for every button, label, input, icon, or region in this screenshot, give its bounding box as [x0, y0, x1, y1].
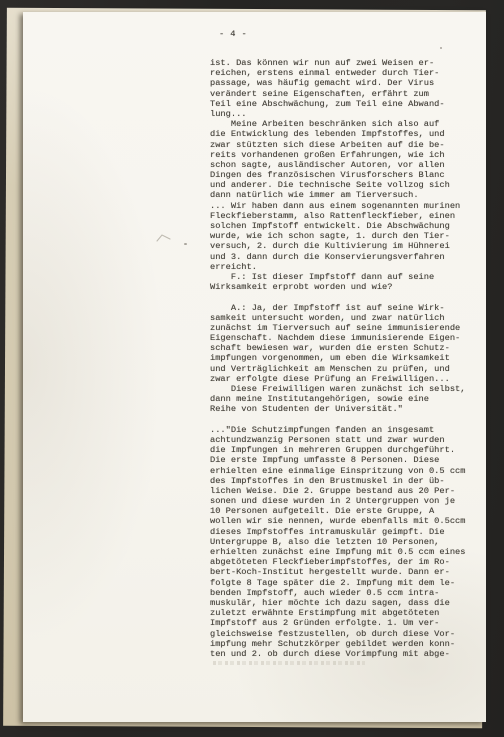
pencil-check-mark	[156, 232, 172, 244]
text-line: zuletzt erwähnte Erstimpfung mit abgetöt…	[210, 608, 480, 618]
text-line: Wirksamkeit erprobt worden und wie?	[210, 282, 480, 292]
text-line: versuch, 2. durch die Kultivierung im Hü…	[210, 241, 480, 251]
text-line: Eigenschaft. Nachdem diese immunisierend…	[210, 333, 480, 343]
text-line: folgte 8 Tage später die 2. Impfung mit …	[210, 578, 480, 588]
text-line: impfung mehr Schutzkörper gebildet werde…	[210, 639, 480, 649]
text-line: Meine Arbeiten beschränken sich also auf	[210, 119, 480, 129]
text-line: A.: Ja, der Impfstoff ist auf seine Wirk…	[210, 303, 480, 313]
text-line: reits vorhandenen großen Erfahrungen, wi…	[210, 150, 480, 160]
text-line: Untergruppe B, also die letzten 10 Perso…	[210, 537, 480, 547]
page-number: - 4 -	[219, 29, 247, 39]
text-line: gleichsweise festzustellen, ob durch die…	[210, 629, 480, 639]
text-line: des Impfstoffes in den Brustmuskel in de…	[210, 476, 480, 486]
text-line: solchen Impfstoff entwickelt. Die Abschw…	[210, 221, 480, 231]
text-line	[210, 415, 480, 425]
text-line: lung...	[210, 109, 480, 119]
text-line: dieses Impfstoffes intramuskulär geimpft…	[210, 527, 480, 537]
text-line	[210, 292, 480, 302]
text-line: ist. Das können wir nun auf zwei Weisen …	[210, 58, 480, 68]
text-line: lichen Weise. Die 2. Gruppe bestand aus …	[210, 486, 480, 496]
text-line: 10 Personen aufgeteilt. Die erste Gruppe…	[210, 506, 480, 516]
text-line: und anderer. Die technische Seite vollzo…	[210, 180, 480, 190]
text-line: verändert seine Eigenschaften, erfährt z…	[210, 89, 480, 99]
text-line: die Entwicklung des lebenden Impfstoffes…	[210, 129, 480, 139]
text-line: Reihe von Studenten der Universität."	[210, 404, 480, 414]
text-line: passage, was häufig gemacht wird. Der Vi…	[210, 78, 480, 88]
text-line: zwar stützten sich diese Arbeiten auf di…	[210, 140, 480, 150]
text-line: sonen und diese wurden in 2 Untergruppen…	[210, 496, 480, 506]
text-line: wollen wir sie nennen, wurde ebenfalls m…	[210, 516, 480, 526]
text-line: ten und 2. ob durch diese Vorimpfung mit…	[210, 649, 480, 659]
text-line: und 3. dann durch die Konservierungsverf…	[210, 252, 480, 262]
text-line: samkeit untersucht worden, und zwar natü…	[210, 313, 480, 323]
text-line: Dingen des französischen Virusforschers …	[210, 170, 480, 180]
faint-ghost-text-line	[213, 661, 365, 665]
text-line: Diese Freiwilligen waren zunächst ich se…	[210, 384, 480, 394]
text-line: dann meine Institutangehörigen, sowie ei…	[210, 394, 480, 404]
text-line: bert-Koch-Institut hergestellt wurde. Da…	[210, 567, 480, 577]
text-line: impfungen vorgenommen, um eben die Wirks…	[210, 353, 480, 363]
paper-speck	[184, 243, 187, 245]
typewritten-text-block: ist. Das können wir nun auf zwei Weisen …	[210, 58, 480, 659]
paper-speck	[440, 47, 442, 49]
text-line: Impfstoff aus 2 Gründen erfolgte. 1. Um …	[210, 618, 480, 628]
text-line: erhielten eine einmalige Einspritzung vo…	[210, 466, 480, 476]
text-line: F.: Ist dieser Impfstoff dann auf seine	[210, 272, 480, 282]
text-line: abgetöteten Fleckfieberimpfstoffes, der …	[210, 557, 480, 567]
text-line: achtundzwanzig Personen statt und zwar w…	[210, 435, 480, 445]
text-line: Fleckfieberstamm, also Rattenfleckfieber…	[210, 211, 480, 221]
text-line: schaft bewiesen war, wurden die ersten S…	[210, 343, 480, 353]
text-line: zwar erfolgte diese Prüfung an Freiwilli…	[210, 374, 480, 384]
text-line: muskulär, hier möchte ich dazu sagen, da…	[210, 598, 480, 608]
text-line: erreicht.	[210, 262, 480, 272]
scan-photo-background: - 4 - ist. Das können wir nun auf zwei W…	[0, 0, 504, 737]
text-line: die Impfungen in mehreren Gruppen durchg…	[210, 445, 480, 455]
text-line: reichen, erstens einmal entweder durch T…	[210, 68, 480, 78]
text-line: benden Impfstoff, auch wieder 0.5 ccm in…	[210, 588, 480, 598]
text-line: dann natürlich wie immer am Tierversuch.	[210, 190, 480, 200]
text-line: Teil eine Abschwächung, zum Teil eine Ab…	[210, 99, 480, 109]
document-page: - 4 - ist. Das können wir nun auf zwei W…	[23, 12, 486, 722]
text-line: und Verträglichkeit am Menschen zu prüfe…	[210, 364, 480, 374]
text-line: ... Wir haben dann aus einem sogenannten…	[210, 201, 480, 211]
text-line: zunächst im Tierversuch auf seine immuni…	[210, 323, 480, 333]
text-line: Die erste Impfung umfasste 8 Personen. D…	[210, 455, 480, 465]
text-line: wurde, wie ich schon sagte, 1. durch den…	[210, 231, 480, 241]
text-line: schon sagte, ausländischer Autoren, vor …	[210, 160, 480, 170]
text-line: ..."Die Schutzimpfungen fanden an insges…	[210, 425, 480, 435]
text-line: erhielten zunächst eine Impfung mit 0.5 …	[210, 547, 480, 557]
